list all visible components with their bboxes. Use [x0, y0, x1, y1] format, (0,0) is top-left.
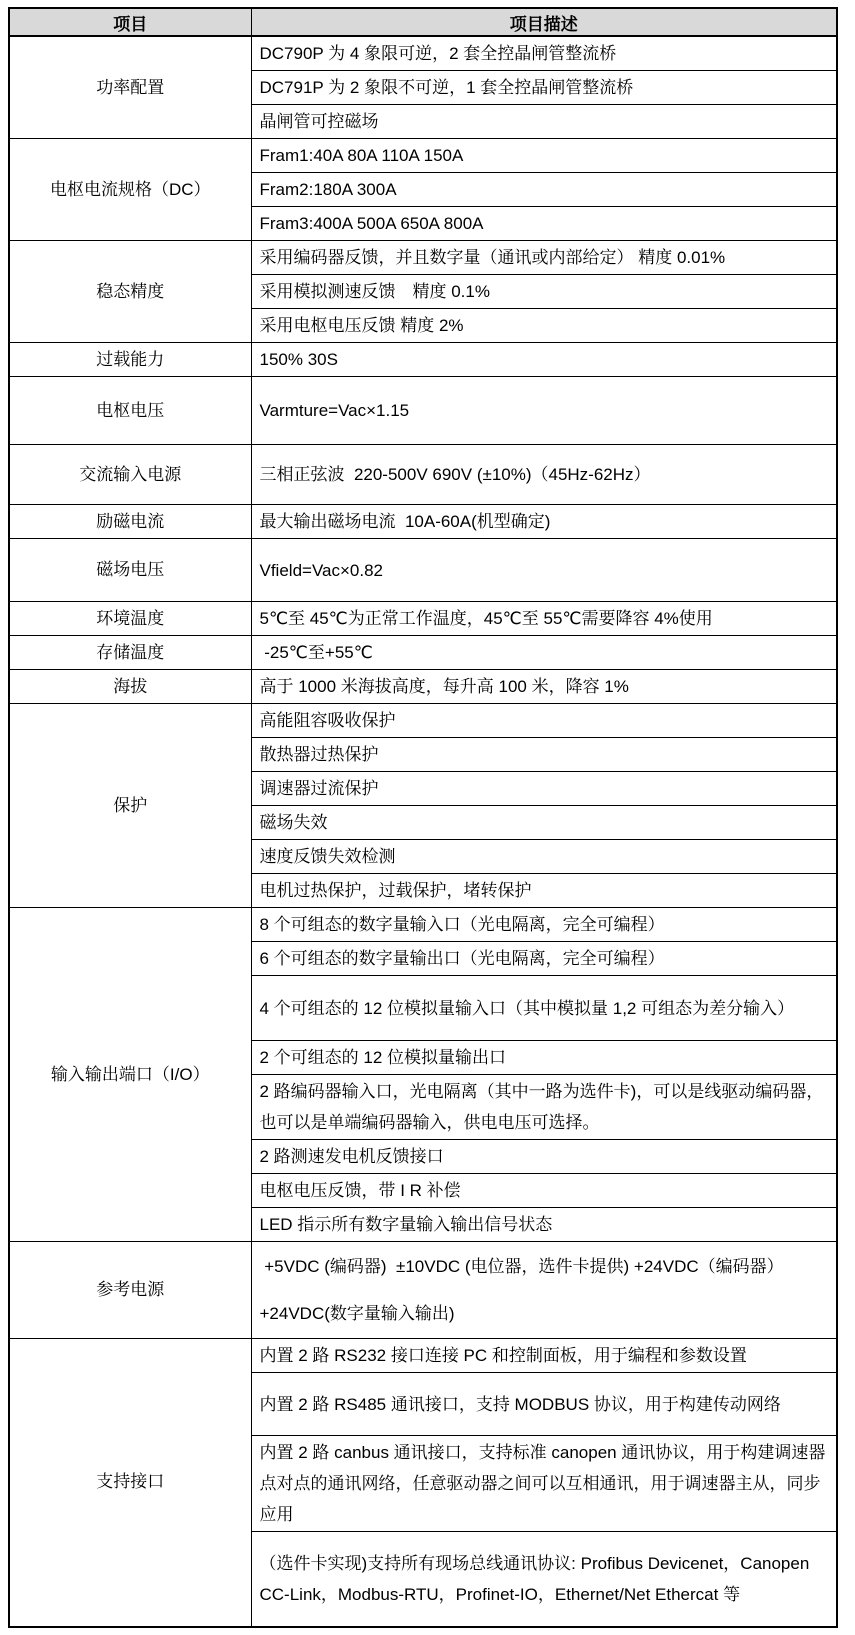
desc-cell: 内置 2 路 RS485 通讯接口，支持 MODBUS 协议，用于构建传动网络 — [251, 1373, 837, 1436]
desc-cell: 5℃至 45℃为正常工作温度，45℃至 55℃需要降容 4%使用 — [251, 602, 837, 636]
desc-cell: （选件卡实现)支持所有现场总线通讯协议: Profibus Devicenet，… — [251, 1532, 837, 1627]
item-cell-steady-accuracy: 稳态精度 — [9, 241, 251, 343]
desc-cell: Vfield=Vac×0.82 — [251, 539, 837, 602]
desc-cell: 晶闸管可控磁场 — [251, 105, 837, 139]
desc-cell: 采用电枢电压反馈 精度 2% — [251, 309, 837, 343]
desc-cell: 电枢电压反馈，带 I R 补偿 — [251, 1174, 837, 1208]
item-cell-io-ports: 输入输出端口（I/O） — [9, 908, 251, 1242]
desc-cell: Fram2:180A 300A — [251, 173, 837, 207]
desc-cell: 三相正弦波 220-500V 690V (±10%)（45Hz-62Hz） — [251, 445, 837, 505]
table-row: 海拔 高于 1000 米海拔高度，每升高 100 米，降容 1% — [9, 670, 837, 704]
col-header-description: 项目描述 — [251, 8, 837, 36]
table-row: 交流输入电源 三相正弦波 220-500V 690V (±10%)（45Hz-6… — [9, 445, 837, 505]
table-row: 输入输出端口（I/O） 8 个可组态的数字量输入口（光电隔离，完全可编程） — [9, 908, 837, 942]
desc-cell: DC790P 为 4 象限可逆，2 套全控晶闸管整流桥 — [251, 36, 837, 71]
item-cell-altitude: 海拔 — [9, 670, 251, 704]
table-row: 过载能力 150% 30S — [9, 343, 837, 377]
desc-cell: 电机过热保护，过载保护，堵转保护 — [251, 874, 837, 908]
spec-document-page: 项目 项目描述 功率配置 DC790P 为 4 象限可逆，2 套全控晶闸管整流桥… — [0, 0, 855, 1635]
desc-cell: 最大输出磁场电流 10A-60A(机型确定) — [251, 505, 837, 539]
table-row: 存储温度 -25℃至+55℃ — [9, 636, 837, 670]
table-header-row: 项目 项目描述 — [9, 8, 837, 36]
desc-cell: DC791P 为 2 象限不可逆，1 套全控晶闸管整流桥 — [251, 71, 837, 105]
table-row: 保护 高能阻容吸收保护 — [9, 704, 837, 738]
item-cell-ambient-temp: 环境温度 — [9, 602, 251, 636]
table-row: 电枢电流规格（DC） Fram1:40A 80A 110A 150A — [9, 139, 837, 173]
desc-cell: Fram1:40A 80A 110A 150A — [251, 139, 837, 173]
desc-cell: 150% 30S — [251, 343, 837, 377]
desc-cell: 内置 2 路 canbus 通讯接口，支持标准 canopen 通讯协议，用于构… — [251, 1436, 837, 1532]
desc-cell: 2 个可组态的 12 位模拟量输出口 — [251, 1041, 837, 1075]
desc-cell: 磁场失效 — [251, 806, 837, 840]
desc-cell: 散热器过热保护 — [251, 738, 837, 772]
desc-cell: Varmture=Vac×1.15 — [251, 377, 837, 445]
col-header-item: 项目 — [9, 8, 251, 36]
item-cell-armature-voltage: 电枢电压 — [9, 377, 251, 445]
table-row: 环境温度 5℃至 45℃为正常工作温度，45℃至 55℃需要降容 4%使用 — [9, 602, 837, 636]
desc-cell: 2 路测速发电机反馈接口 — [251, 1140, 837, 1174]
table-row: 功率配置 DC790P 为 4 象限可逆，2 套全控晶闸管整流桥 — [9, 36, 837, 71]
desc-cell: 6 个可组态的数字量输出口（光电隔离，完全可编程） — [251, 942, 837, 976]
desc-cell: 8 个可组态的数字量输入口（光电隔离，完全可编程） — [251, 908, 837, 942]
desc-cell: 高于 1000 米海拔高度，每升高 100 米，降容 1% — [251, 670, 837, 704]
item-cell-power-config: 功率配置 — [9, 36, 251, 139]
desc-cell: 4 个可组态的 12 位模拟量输入口（其中模拟量 1,2 可组态为差分输入） — [251, 976, 837, 1041]
spec-table: 项目 项目描述 功率配置 DC790P 为 4 象限可逆，2 套全控晶闸管整流桥… — [8, 7, 838, 1628]
desc-cell: 速度反馈失效检测 — [251, 840, 837, 874]
item-cell-field-current: 励磁电流 — [9, 505, 251, 539]
item-cell-armature-current: 电枢电流规格（DC） — [9, 139, 251, 241]
table-row: 支持接口 内置 2 路 RS232 接口连接 PC 和控制面板，用于编程和参数设… — [9, 1339, 837, 1373]
desc-cell: Fram3:400A 500A 650A 800A — [251, 207, 837, 241]
desc-cell: 采用编码器反馈，并且数字量（通讯或内部给定） 精度 0.01% — [251, 241, 837, 275]
table-row: 参考电源 +5VDC (编码器) ±10VDC (电位器，选件卡提供) +24V… — [9, 1242, 837, 1339]
desc-cell: 2 路编码器输入口，光电隔离（其中一路为选件卡)，可以是线驱动编码器，也可以是单… — [251, 1075, 837, 1140]
item-cell-overload: 过载能力 — [9, 343, 251, 377]
table-row: 励磁电流 最大输出磁场电流 10A-60A(机型确定) — [9, 505, 837, 539]
item-cell-ac-input: 交流输入电源 — [9, 445, 251, 505]
desc-cell: +5VDC (编码器) ±10VDC (电位器，选件卡提供) +24VDC（编码… — [251, 1242, 837, 1339]
table-row: 磁场电压 Vfield=Vac×0.82 — [9, 539, 837, 602]
table-row: 稳态精度 采用编码器反馈，并且数字量（通讯或内部给定） 精度 0.01% — [9, 241, 837, 275]
desc-cell: 调速器过流保护 — [251, 772, 837, 806]
desc-cell: -25℃至+55℃ — [251, 636, 837, 670]
item-cell-reference-power: 参考电源 — [9, 1242, 251, 1339]
table-row: 电枢电压 Varmture=Vac×1.15 — [9, 377, 837, 445]
desc-cell: LED 指示所有数字量输入输出信号状态 — [251, 1208, 837, 1242]
item-cell-protection: 保护 — [9, 704, 251, 908]
item-cell-field-voltage: 磁场电压 — [9, 539, 251, 602]
desc-cell: 内置 2 路 RS232 接口连接 PC 和控制面板，用于编程和参数设置 — [251, 1339, 837, 1373]
desc-cell: 采用模拟测速反馈 精度 0.1% — [251, 275, 837, 309]
item-cell-storage-temp: 存储温度 — [9, 636, 251, 670]
desc-cell: 高能阻容吸收保护 — [251, 704, 837, 738]
item-cell-interfaces: 支持接口 — [9, 1339, 251, 1627]
